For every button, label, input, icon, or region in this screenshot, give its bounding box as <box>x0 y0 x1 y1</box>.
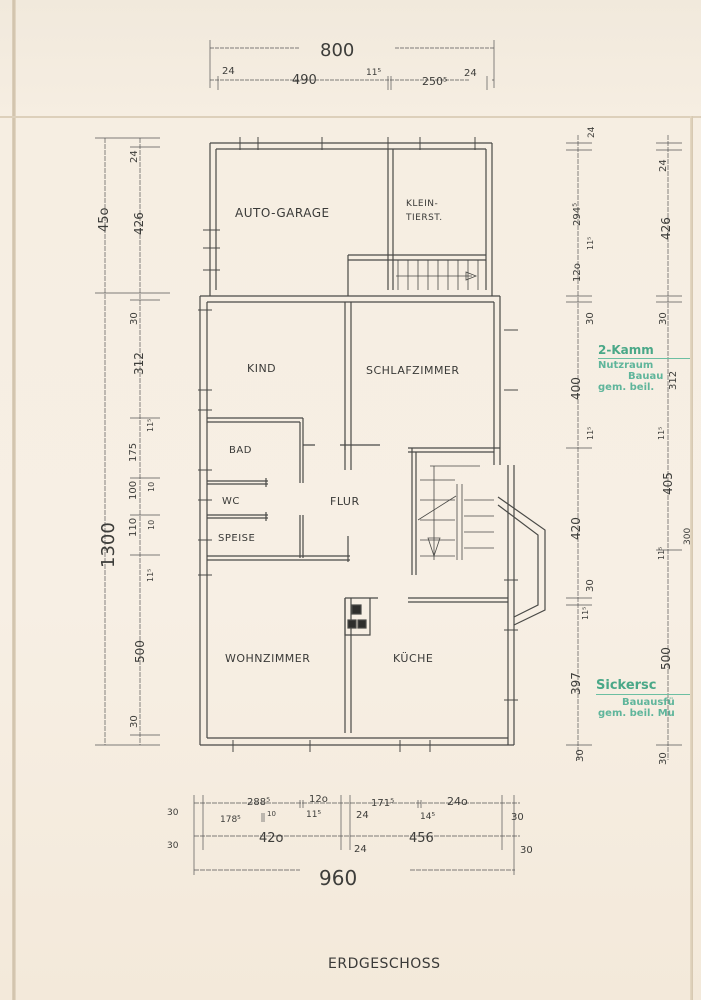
room-label-flur: FLUR <box>330 495 360 508</box>
stamp-sickerschacht-line3: gem. beil. Mu <box>596 708 690 719</box>
dim-right-outer-5: 11⁵ <box>657 427 666 440</box>
dim-bottom-r2-2: 42o <box>259 831 284 846</box>
floor-plan: AUTO-GARAGE KLEIN- TIERST. KIND SCHLAFZI… <box>0 0 701 1000</box>
stamp-sickerschacht-line2: Bauausfü <box>596 697 690 708</box>
dim-right-inner-11: 397 <box>569 672 583 695</box>
dim-bottom-overall: 960 <box>319 866 357 890</box>
dim-bottom-r2-5: 30 <box>520 845 533 856</box>
dim-left-outer-1: 45o <box>97 207 112 232</box>
dim-left-inner-7: 10 <box>147 482 156 492</box>
room-label-speise: SPEISE <box>218 533 255 544</box>
dim-left-inner-9: 10 <box>147 520 156 530</box>
dim-top-2: 490 <box>292 73 317 88</box>
left-dimensions: 1300 45o 30 500 24 426 312 11⁵ 175 10 10… <box>97 150 156 728</box>
dim-left-outer-2: 30 <box>129 312 140 325</box>
dim-right-inner-12: 30 <box>575 749 586 762</box>
room-label-kleintier-2: TIERST. <box>405 213 443 223</box>
dim-right-inner-2: 294⁵ <box>572 203 583 226</box>
dim-bottom-r1-2: 288⁵ <box>247 797 270 808</box>
room-label-wc: WC <box>222 496 240 507</box>
dim-right-inner-5: 30 <box>585 312 596 325</box>
dim-right-inner-6: 400 <box>569 377 583 400</box>
room-label-garage: AUTO-GARAGE <box>235 206 330 220</box>
dim-bottom-r1sub-1: 178⁵ <box>220 815 241 825</box>
dim-right-outer-2: 426 <box>659 217 673 240</box>
floor-title: ERDGESCHOSS <box>328 956 441 972</box>
room-label-kleintier-1: KLEIN- <box>406 199 438 209</box>
stamp-kammer-line3: Bauau <box>598 371 690 382</box>
room-labels: AUTO-GARAGE KLEIN- TIERST. KIND SCHLAFZI… <box>218 199 460 665</box>
stamp-kammer: 2-Kamm Nutzraum Bauau gem. beil. <box>598 343 690 393</box>
dim-left-inner-10: 110 <box>128 518 139 537</box>
dim-right-outer-9: 500 <box>659 647 673 670</box>
dim-bottom-r1-4: 11⁵ <box>306 810 321 820</box>
dim-right-outer-10: 30 <box>658 752 669 765</box>
room-label-kind: KIND <box>247 362 276 375</box>
dim-bottom-r1-8: 24o <box>447 795 468 808</box>
dim-bottom-r2-3: 24 <box>354 844 367 855</box>
bottom-dimension-lines <box>194 795 520 875</box>
stamp-sickerschacht: Sickersc Bauausfü gem. beil. Mu <box>596 678 690 719</box>
dim-bottom-r2-1: 30 <box>167 841 179 851</box>
room-label-kueche: KÜCHE <box>393 652 433 665</box>
room-label-schlafzimmer: SCHLAFZIMMER <box>366 364 460 377</box>
dim-right-inner-8: 420 <box>569 517 583 540</box>
dim-left-inner-2: 426 <box>132 212 146 235</box>
dim-bottom-r1-6: 171⁵ <box>371 798 394 809</box>
dim-left-overall: 1300 <box>98 522 119 568</box>
dim-right-outer-3: 30 <box>658 312 669 325</box>
dim-left-inner-8: 100 <box>128 481 139 500</box>
dim-left-inner-4: 312 <box>132 352 146 375</box>
dim-right-inner-4: 12o <box>572 263 583 282</box>
dim-top-3: 11⁵ <box>366 68 381 78</box>
stamp-kammer-line4: gem. beil. <box>598 382 690 393</box>
right-dimensions: 24 294⁵ 11⁵ 12o 30 400 11⁵ 420 30 11⁵ 39… <box>569 126 693 765</box>
dim-top-1: 24 <box>222 66 235 77</box>
dim-left-outer-3: 500 <box>133 640 147 663</box>
dim-top-5: 24 <box>464 68 477 79</box>
dim-right-outer-6: 405 <box>661 472 675 495</box>
dim-right-outer-8: 11⁵ <box>657 547 666 560</box>
dim-top-4: 250⁵ <box>422 75 447 88</box>
dim-left-inner-5: 11⁵ <box>146 419 155 432</box>
dim-right-inner-1: 24 <box>587 126 597 138</box>
dim-bottom-r1-3: 12o <box>309 794 328 805</box>
dim-bottom-r1sub-2: 10 <box>267 810 276 818</box>
dim-bottom-r2-4: 456 <box>409 831 434 846</box>
room-label-wohnzimmer: WOHNZIMMER <box>225 652 310 665</box>
dim-top-overall: 800 <box>320 40 354 61</box>
stamp-kammer-line2: Nutzraum <box>598 360 690 371</box>
stamp-sickerschacht-line1: Sickersc <box>596 678 690 695</box>
dim-left-inner-11: 11⁵ <box>146 569 155 582</box>
stamp-kammer-line1: 2-Kamm <box>598 343 690 359</box>
dim-right-inner-7: 11⁵ <box>586 427 595 440</box>
dim-right-outer-7: 300 <box>683 528 693 545</box>
dim-bottom-r1-7: 14⁵ <box>420 812 435 822</box>
dim-left-inner-12: 30 <box>129 715 140 728</box>
dim-right-inner-9: 30 <box>585 579 596 592</box>
dim-right-outer-1: 24 <box>658 159 669 172</box>
dim-right-inner-3: 11⁵ <box>586 237 595 250</box>
dim-bottom-r1-5: 24 <box>356 810 369 821</box>
dim-left-inner-6: 175 <box>128 443 139 462</box>
top-dimensions: 800 24 490 11⁵ 250⁵ 24 <box>222 40 477 88</box>
dim-left-inner-1: 24 <box>129 150 140 163</box>
room-label-bad: BAD <box>229 445 252 456</box>
dim-bottom-r1-9: 30 <box>511 812 524 823</box>
dim-bottom-r1-1: 30 <box>167 808 179 818</box>
dim-right-inner-10: 11⁵ <box>581 607 590 620</box>
